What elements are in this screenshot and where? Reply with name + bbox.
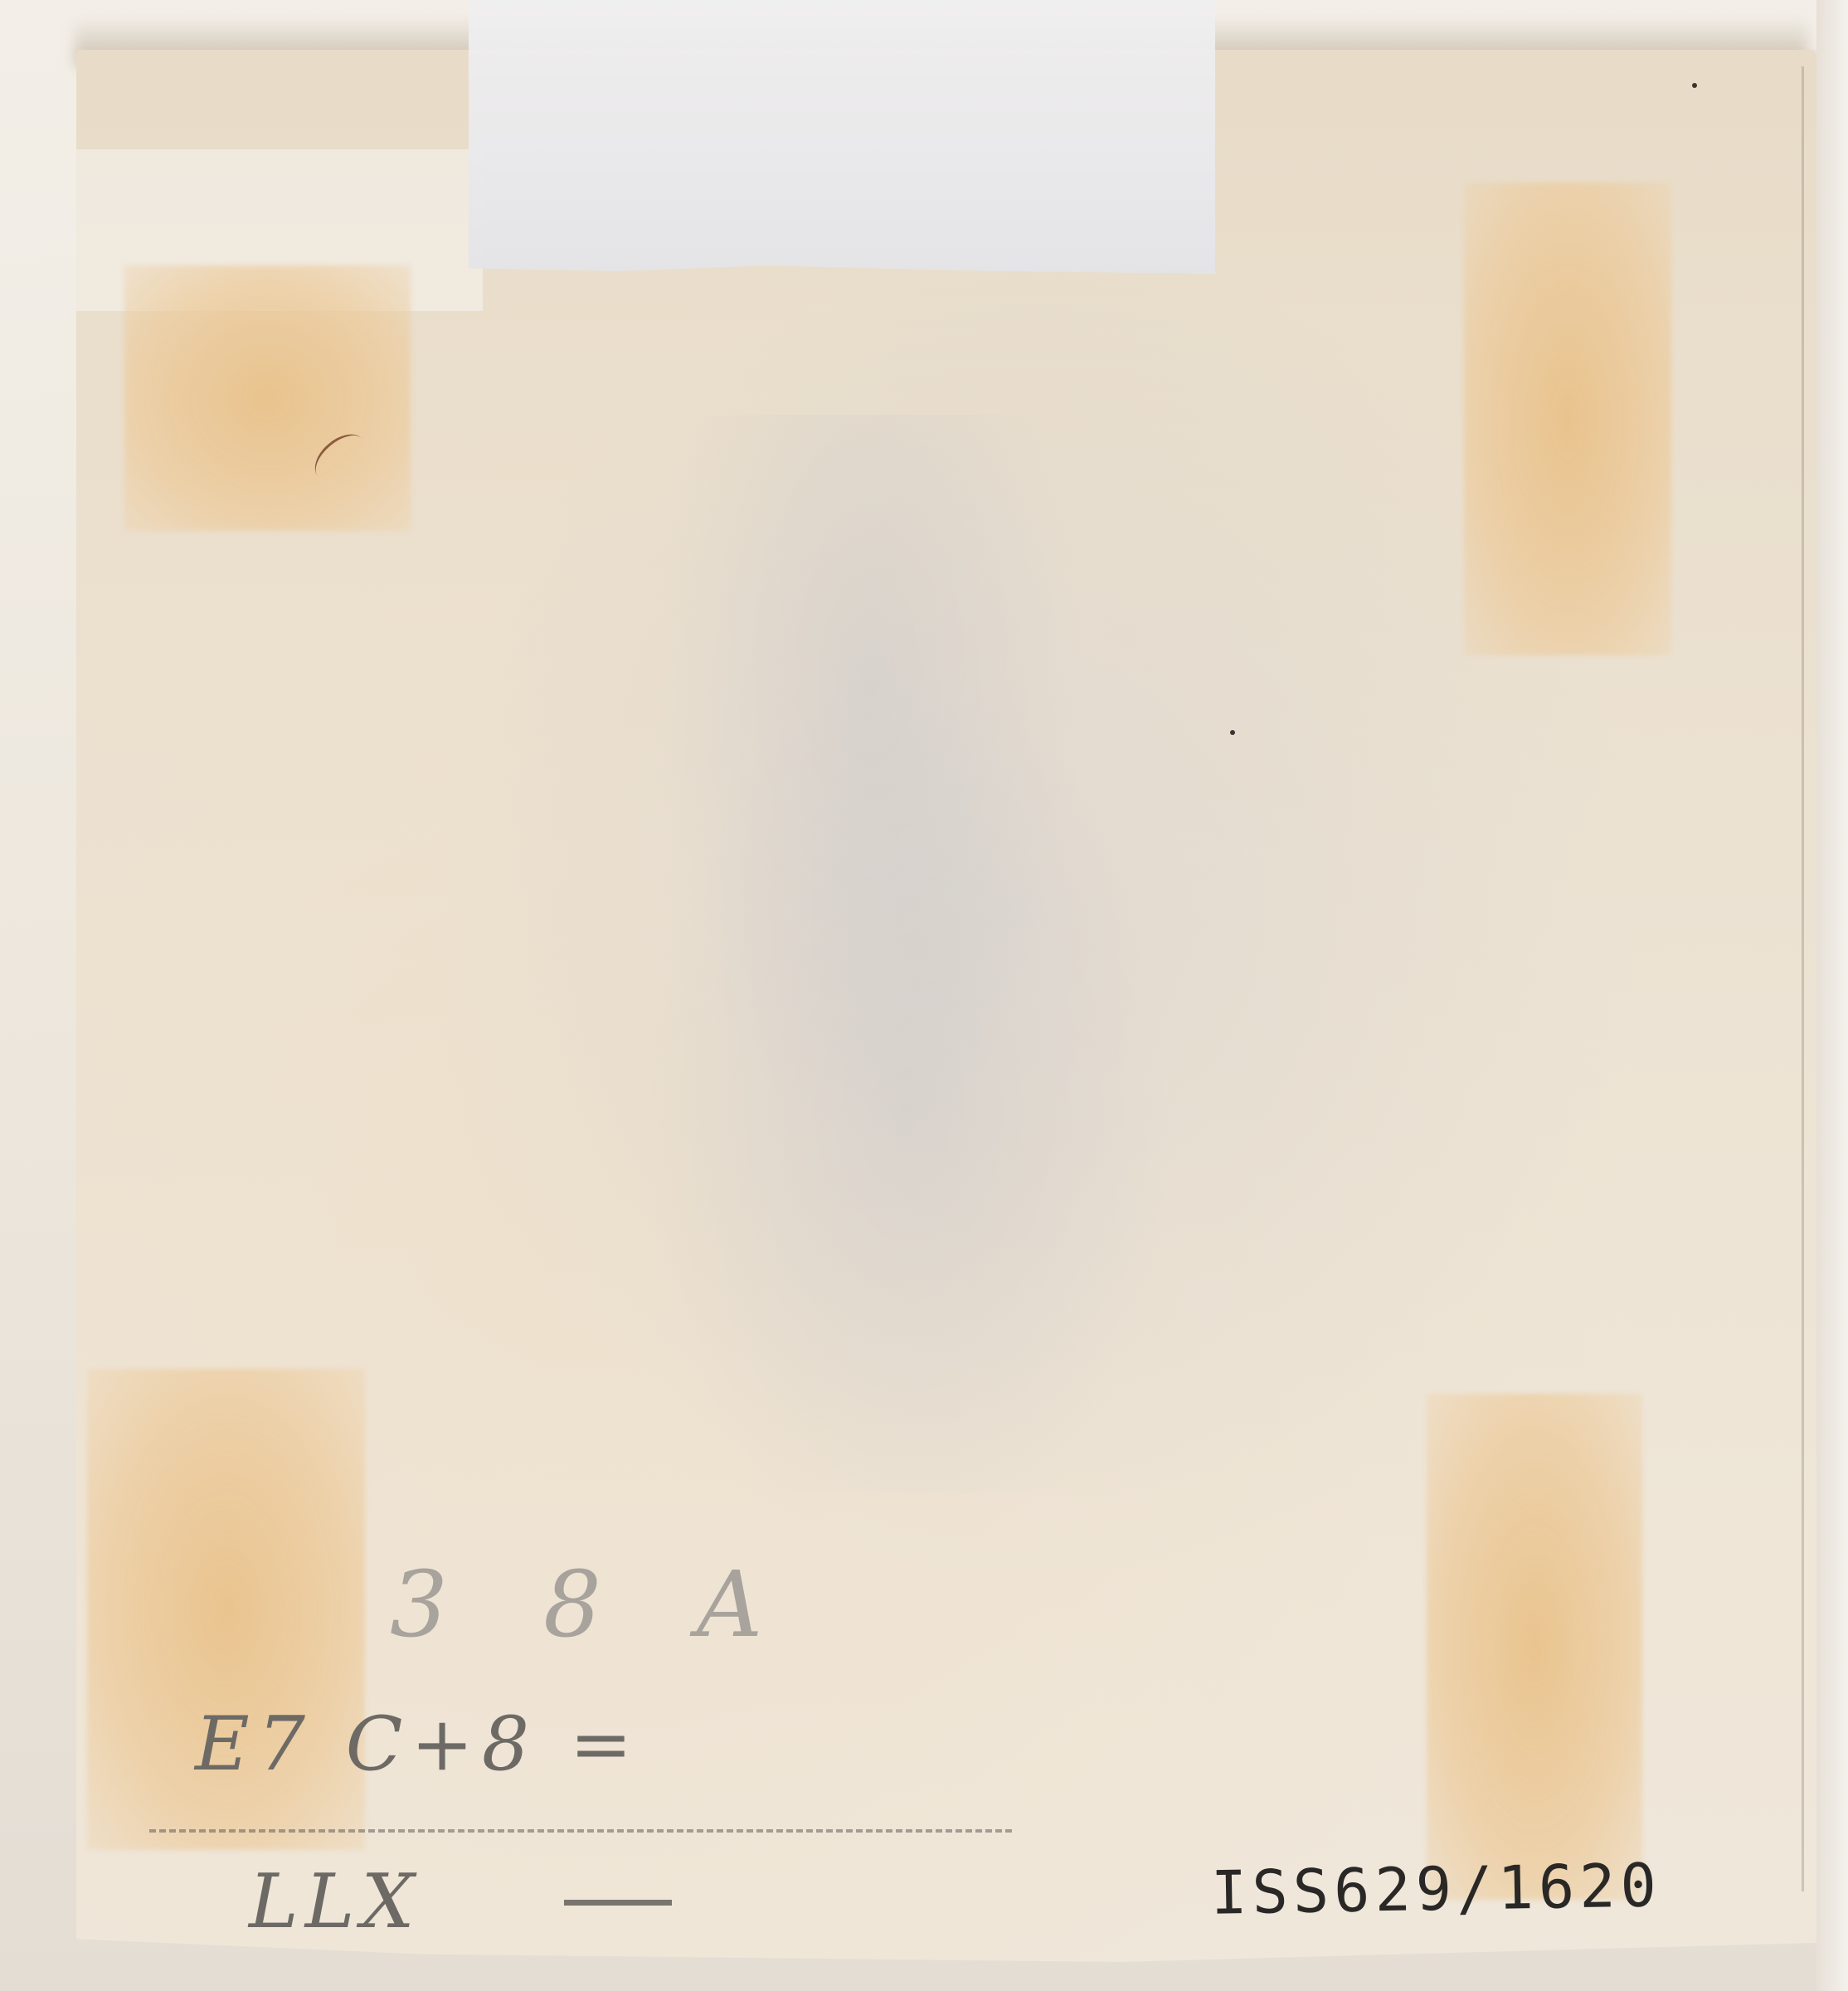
adhesive-stain-top-left <box>124 265 411 531</box>
pencil-inscription-lower: LLX <box>249 1858 421 1945</box>
adhesive-stain-bottom-right <box>1427 1394 1642 1900</box>
pencil-underline <box>149 1829 1012 1833</box>
speck <box>1692 83 1697 88</box>
pencil-dash <box>564 1900 672 1906</box>
pencil-inscription-price: E7 C+8 = <box>195 1701 640 1788</box>
hinge-tape <box>469 0 1215 274</box>
adhesive-stain-top-right <box>1464 183 1671 655</box>
sheet-right-border <box>1792 66 1804 1891</box>
pencil-inscription-upper: 3 8 A <box>390 1551 795 1658</box>
speck <box>1230 730 1235 735</box>
inventory-number: ISS629/1620 <box>1210 1850 1661 1927</box>
mount-edge <box>1816 0 1848 1991</box>
show-through-figure <box>498 415 1244 1493</box>
